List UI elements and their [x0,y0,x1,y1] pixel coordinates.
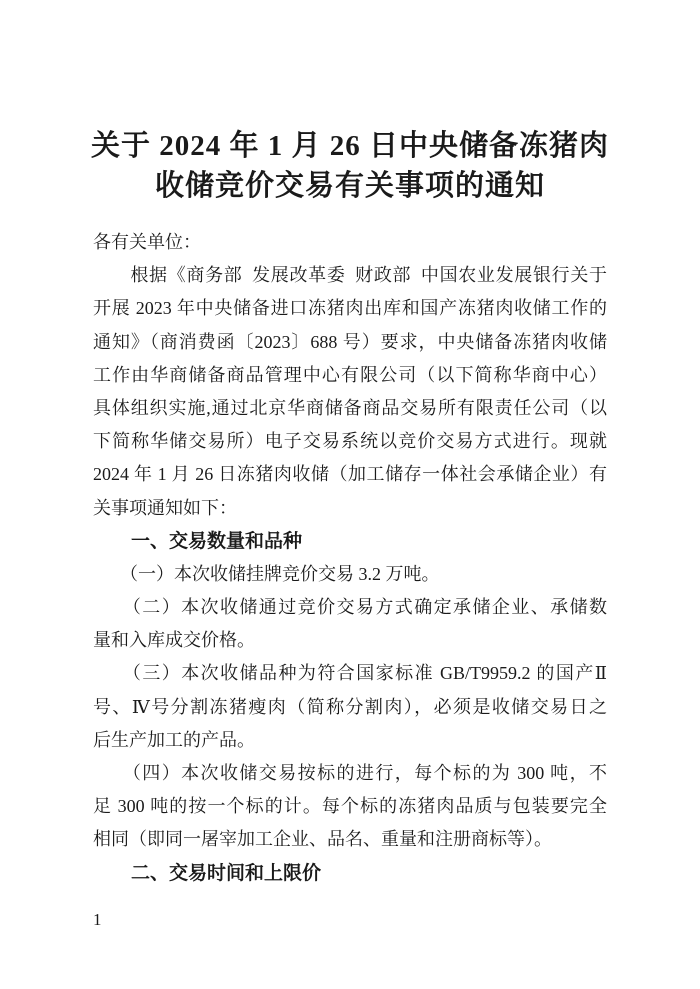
document-line: 下简称华储交易所）电子交易系统以竞价交易方式进行。现就 [93,425,607,458]
document-line: 量和入库成交价格。 [93,624,607,657]
document-line: 关事项通知如下： [93,492,607,525]
document-line: 工作由华商储备商品管理中心有限公司（以下简称华商中心） [93,359,607,392]
document-line: 具体组织实施,通过北京华商储备商品交易所有限责任公司（以 [93,392,607,425]
section-heading-1: 一、交易数量和品种 [93,525,607,558]
document-line: 相同（即同一屠宰加工企业、品名、重量和注册商标等）。 [93,823,607,856]
document-line: 通知》（商消费函〔2023〕688 号）要求，中央储备冻猪肉收储 [93,326,607,359]
document-title-line-2: 收储竞价交易有关事项的通知 [0,166,700,206]
page-number: 1 [93,910,102,930]
document-line: （三）本次收储品种为符合国家标准 GB/T9959.2 的国产Ⅱ [93,657,607,690]
section-heading-2: 二、交易时间和上限价 [93,857,607,890]
document-line: 开展 2023 年中央储备进口冻猪肉出库和国产冻猪肉收储工作的 [93,292,607,325]
document-title-line-1: 关于 2024 年 1 月 26 日中央储备冻猪肉 [0,126,700,166]
document-line: （四）本次收储交易按标的进行，每个标的为 300 吨，不 [93,757,607,790]
document-line: 2024 年 1 月 26 日冻猪肉收储（加工储存一体社会承储企业）有 [93,458,607,491]
document-line: 足 300 吨的按一个标的计。每个标的冻猪肉品质与包装要完全 [93,790,607,823]
document-line: 根据《商务部 发展改革委 财政部 中国农业发展银行关于 [93,259,607,292]
document-body: 各有关单位： 根据《商务部 发展改革委 财政部 中国农业发展银行关于 开展 20… [93,226,607,890]
salutation-line: 各有关单位： [93,226,607,259]
document-title: 关于 2024 年 1 月 26 日中央储备冻猪肉 收储竞价交易有关事项的通知 [0,126,700,206]
document-line: 后生产加工的产品。 [93,724,607,757]
document-page: 关于 2024 年 1 月 26 日中央储备冻猪肉 收储竞价交易有关事项的通知 … [0,0,700,989]
document-line: （二）本次收储通过竞价交易方式确定承储企业、承储数 [93,591,607,624]
document-line: （一）本次收储挂牌竞价交易 3.2 万吨。 [93,558,607,591]
document-line: 号、Ⅳ号分割冻猪瘦肉（简称分割肉），必须是收储交易日之 [93,691,607,724]
